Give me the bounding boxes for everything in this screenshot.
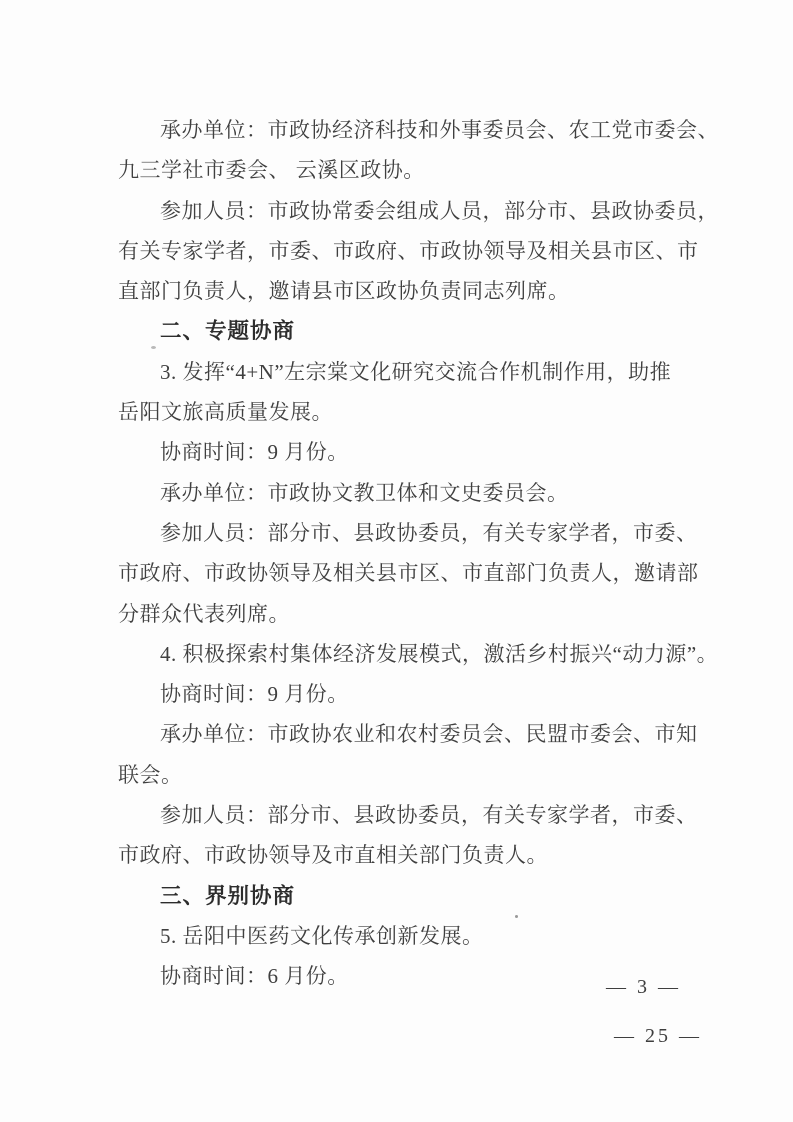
text-line: 参加人员：市政协常委会组成人员，部分市、县政协委员，: [118, 191, 690, 231]
document-page: 承办单位：市政协经济科技和外事委员会、农工党市委会、九三学社市委会、 云溪区政协…: [0, 0, 793, 1122]
text-line: 5. 岳阳中医药文化传承创新发展。: [118, 916, 690, 956]
text-line: 市政府、市政协领导及相关县市区、市直部门负责人，邀请部: [118, 553, 690, 593]
section-heading: 三、界别协商: [118, 876, 690, 916]
body-text: 承办单位：市政协经济科技和外事委员会、农工党市委会、九三学社市委会、 云溪区政协…: [118, 110, 690, 997]
text-line: 3. 发挥“4+N”左宗棠文化研究交流合作机制作用，助推: [118, 352, 690, 392]
text-line: 协商时间：6 月份。: [118, 956, 690, 996]
text-line: 联会。: [118, 755, 690, 795]
text-line: 协商时间：9 月份。: [118, 674, 690, 714]
text-line: 市政府、市政协领导及市直相关部门负责人。: [118, 835, 690, 875]
text-line: 参加人员：部分市、县政协委员，有关专家学者，市委、: [118, 513, 690, 553]
text-line: 直部门负责人，邀请县市区政协负责同志列席。: [118, 271, 690, 311]
text-line: 分群众代表列席。: [118, 594, 690, 634]
text-line: 协商时间：9 月份。: [118, 432, 690, 472]
text-line: 岳阳文旅高质量发展。: [118, 392, 690, 432]
text-line: 参加人员：部分市、县政协委员，有关专家学者，市委、: [118, 795, 690, 835]
text-line: 九三学社市委会、 云溪区政协。: [118, 150, 690, 190]
text-line: 承办单位：市政协经济科技和外事委员会、农工党市委会、: [118, 110, 690, 150]
section-heading: 二、专题协商: [118, 311, 690, 351]
page-number-outer: — 25 —: [614, 1025, 702, 1048]
text-line: 承办单位：市政协文教卫体和文史委员会。: [118, 473, 690, 513]
page-number-inner: — 3 —: [606, 976, 681, 999]
scan-speck: [151, 346, 156, 349]
text-line: 承办单位：市政协农业和农村委员会、民盟市委会、市知: [118, 714, 690, 754]
text-line: 4. 积极探索村集体经济发展模式，激活乡村振兴“动力源”。: [118, 634, 690, 674]
text-line: 有关专家学者，市委、市政府、市政协领导及相关县市区、市: [118, 231, 690, 271]
scan-speck: [515, 915, 518, 918]
